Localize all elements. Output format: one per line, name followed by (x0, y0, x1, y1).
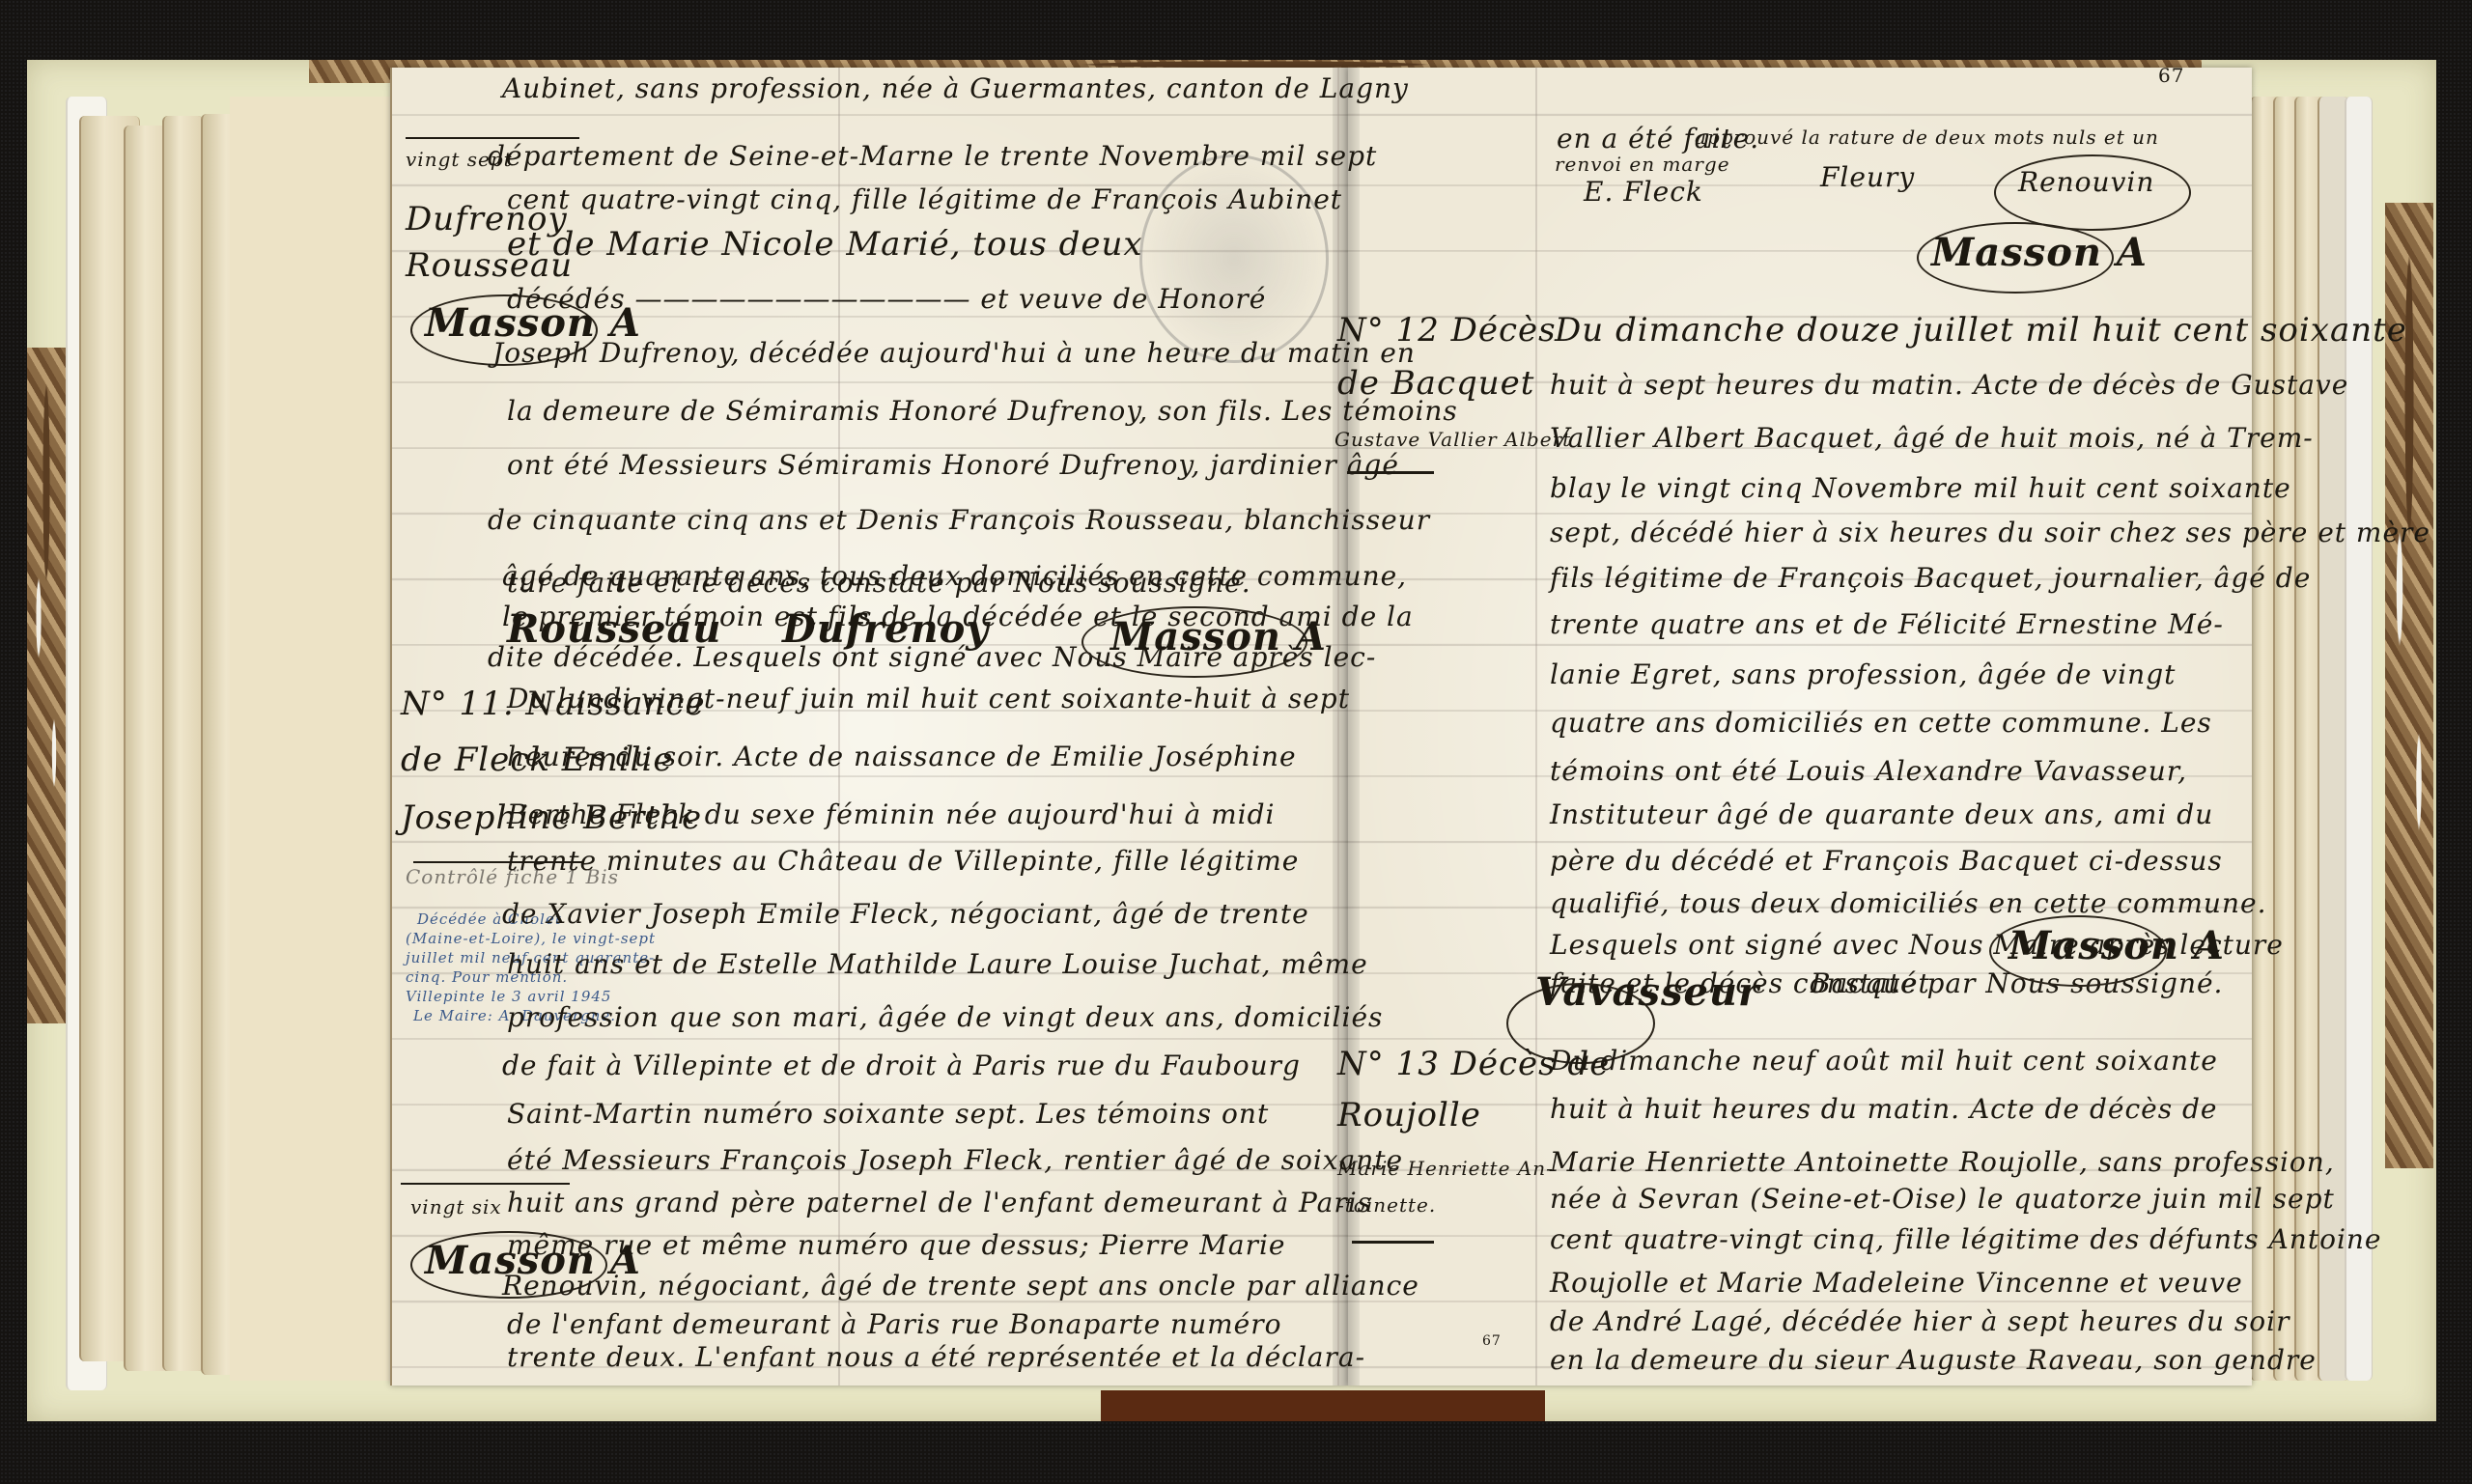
entry-heading: N° 12 Décès (1337, 314, 1557, 347)
text-line: ont été Messieurs Sémiramis Honoré Dufre… (507, 452, 1399, 479)
text-line: lanie Egret, sans profession, âgée de vi… (1550, 661, 2176, 688)
text-line: Vallier Albert Bacquet, âgé de huit mois… (1550, 425, 2314, 452)
text-line: Renouvin, négociant, âgé de trente sept … (502, 1273, 1419, 1300)
text-line: de Xavier Joseph Emile Fleck, négociant,… (502, 901, 1309, 928)
text-line: cent quatre-vingt cinq, fille légitime d… (1550, 1226, 2382, 1253)
approval-note: renvoi en marge (1555, 154, 1730, 174)
entry-heading: Roujolle (1337, 1099, 1481, 1132)
approval-note: approuvé la rature de deux mots nuls et … (1695, 127, 2159, 147)
text-line: blay le vingt cinq Novembre mil huit cen… (1550, 475, 2291, 502)
entry-separator (1347, 471, 1434, 474)
text-line: Joseph Dufrenoy, décédée aujourd'hui à u… (492, 340, 1416, 367)
text-line: de fait à Villepinte et de droit à Paris… (502, 1052, 1301, 1079)
text-line: la demeure de Sémiramis Honoré Dufrenoy,… (507, 398, 1458, 425)
text-line: huit à huit heures du matin. Acte de déc… (1550, 1096, 2217, 1123)
text-line: huit ans et de Estelle Mathilde Laure Lo… (507, 951, 1368, 978)
text-line: été Messieurs François Joseph Fleck, ren… (507, 1147, 1403, 1174)
text-line: témoins ont été Louis Alexandre Vavasseu… (1550, 758, 2187, 785)
blue-margin-note-line: (Maine-et-Loire), le vingt-sept (406, 932, 656, 946)
margin-rule-mark (401, 1183, 570, 1185)
text-line: née à Sevran (Seine-et-Oise) le quatorze… (1550, 1186, 2335, 1213)
text-line: heures du soir. Acte de naissance de Emi… (507, 743, 1297, 770)
text-line: quatre ans domiciliés en cette commune. … (1550, 710, 2212, 737)
text-line: profession que son mari, âgée de vingt d… (507, 1004, 1383, 1031)
text-line: Berthe Fleck du sexe féminin née aujourd… (507, 801, 1276, 828)
text-line: de André Lagé, décédée hier à sept heure… (1550, 1308, 2289, 1335)
entry-heading: de Bacquet (1337, 367, 1534, 400)
mayor-signature: Masson A (1931, 234, 2148, 272)
text-line: Du dimanche douze juillet mil huit cent … (1555, 314, 2407, 347)
mayor-signature: Masson A (2008, 927, 2225, 966)
text-line: de l'enfant demeurant à Paris rue Bonapa… (507, 1311, 1282, 1338)
text-line: décédés ———————————— et veuve de Honoré (507, 286, 1266, 313)
text-line: de cinquante cinq ans et Denis François … (488, 507, 1430, 534)
witness-signature: E. Fleck (1584, 179, 1703, 206)
text-line: père du décédé et François Bacquet ci-de… (1550, 848, 2223, 875)
text-line: Aubinet, sans profession, née à Guermant… (502, 75, 1409, 102)
entry-heading: -toinette. (1337, 1195, 1436, 1215)
text-line: huit à sept heures du matin. Acte de déc… (1550, 372, 2348, 399)
witness-signature: Fleury (1820, 164, 1915, 191)
entry-heading: Marie Henriette An- (1337, 1159, 1554, 1178)
text-line: fils légitime de François Bacquet, journ… (1550, 565, 2311, 592)
declarant-signature: Bacquet (1811, 970, 1930, 997)
text-line: cent quatre-vingt cinq, fille légitime d… (507, 186, 1342, 213)
text-line: même rue et même numéro que dessus; Pier… (507, 1232, 1286, 1259)
flyleaf-left (230, 97, 394, 1381)
text-line: qualifié, tous deux domiciliés en cette … (1550, 890, 2266, 917)
text-line: Du dimanche neuf août mil huit cent soix… (1550, 1048, 2218, 1075)
spine-leather (1101, 1390, 1545, 1421)
text-line: trente deux. L'enfant nous a été représe… (507, 1344, 1365, 1371)
margin-rule-right (1535, 68, 1537, 1386)
marbled-paper-left (27, 348, 66, 1023)
text-line: Saint-Martin numéro soixante sept. Les t… (507, 1101, 1269, 1128)
text-line: Roujolle et Marie Madeleine Vincenne et … (1550, 1270, 2243, 1297)
folio-number: 67 (2158, 66, 2184, 85)
text-line: trente minutes au Château de Villepinte,… (507, 848, 1299, 875)
declarant-signature: Dufrenoy (782, 610, 990, 649)
text-line: Instituteur âgé de quarante deux ans, am… (1550, 801, 2213, 828)
entry-heading: Gustave Vallier Albert (1334, 430, 1571, 449)
text-line: département de Seine-et-Marne le trente … (488, 143, 1377, 170)
text-line: Du lundi vingt-neuf juin mil huit cent s… (507, 686, 1350, 713)
witness-signature: Vavasseur (1535, 973, 1759, 1012)
witness-signature: Renouvin (2018, 169, 2154, 196)
text-line: Marie Henriette Antoinette Roujolle, san… (1550, 1149, 2335, 1176)
text-line: en la demeure du sieur Auguste Raveau, s… (1550, 1347, 2317, 1374)
page-number: 67 (1482, 1334, 1502, 1348)
text-line: ture faite et le décès constaté par Nous… (507, 570, 1251, 597)
text-line: trente quatre ans et de Félicité Ernesti… (1550, 611, 2224, 638)
witness-signature: Rousseau (507, 610, 722, 649)
text-line: sept, décédé hier à six heures du soir c… (1550, 519, 2430, 546)
entry-separator (1352, 1241, 1434, 1244)
margin-correction-bottom: vingt six (410, 1197, 502, 1217)
text-line: huit ans grand père paternel de l'enfant… (507, 1190, 1372, 1217)
mayor-signature: Masson A (1110, 618, 1327, 657)
margin-rule-mark (406, 137, 579, 139)
text-line: et de Marie Nicole Marié, tous deux (507, 228, 1143, 261)
